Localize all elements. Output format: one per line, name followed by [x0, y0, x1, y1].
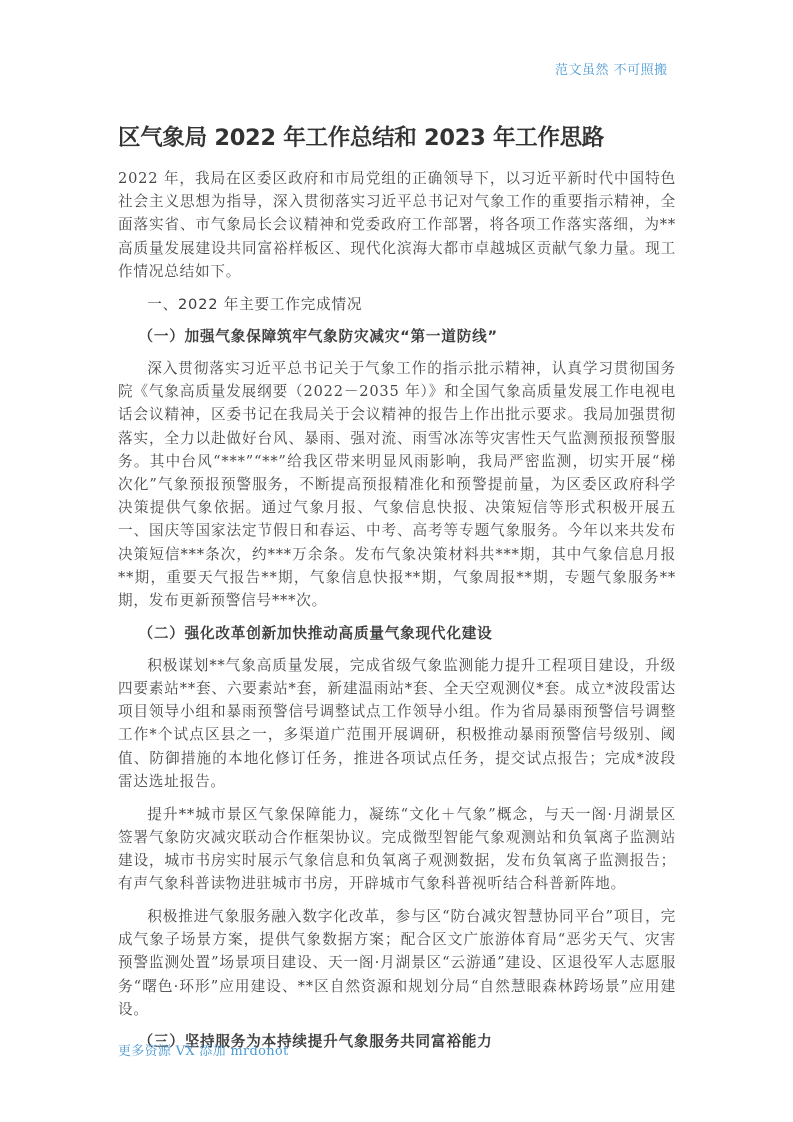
body-paragraph: 深入贯彻落实习近平总书记关于气象工作的指示批示精神，认真学习贯彻国务院《气象高质…	[118, 357, 676, 612]
section-heading-1: 一、2022 年主要工作完成情况	[118, 293, 676, 316]
body-paragraph: 积极谋划**气象高质量发展，完成省级气象监测能力提升工程项目建设，升级四要素站*…	[118, 654, 676, 793]
header-watermark-note: 范文虽然 不可照搬	[555, 59, 668, 78]
body-paragraph: 提升**城市景区气象保障能力，凝练“文化＋气象”概念，与天一阁·月湖景区签署气象…	[118, 803, 676, 896]
intro-paragraph: 2022 年，我局在区委区政府和市局党组的正确领导下，以习近平新时代中国特色社会…	[118, 167, 676, 283]
subsection-heading-2: （二）强化改革创新加快推动高质量气象现代化建设	[118, 622, 676, 645]
body-paragraph: 积极推进气象服务融入数字化改革，参与区“防台减灾智慧协同平台”项目，完成气象子场…	[118, 905, 676, 1021]
footer-watermark-note: 更多资源 VX 添加 mrdonot	[118, 1040, 289, 1059]
document-body: 2022 年，我局在区委区政府和市局党组的正确领导下，以习近平新时代中国特色社会…	[118, 167, 676, 1063]
subsection-heading-1: （一）加强气象保障筑牢气象防灾减灾“第一道防线”	[118, 325, 676, 348]
document-page: 范文虽然 不可照搬 区气象局 2022 年工作总结和 2023 年工作思路 20…	[0, 0, 793, 1122]
document-title: 区气象局 2022 年工作总结和 2023 年工作思路	[118, 120, 678, 152]
